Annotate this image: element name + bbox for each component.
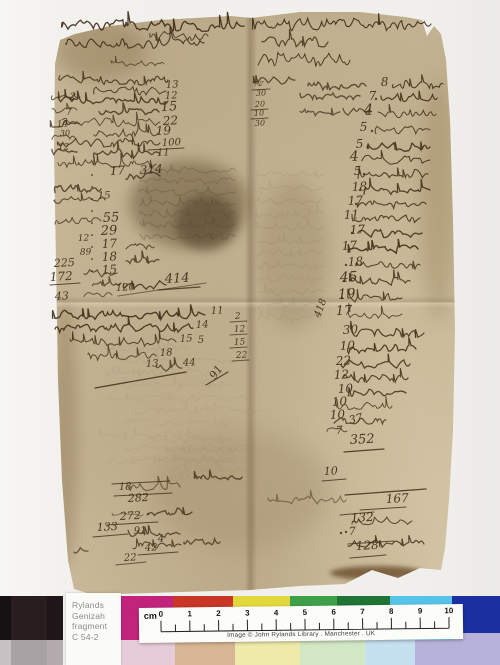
ruler-number: 6: [331, 608, 336, 617]
ruler: cm Image © John Rylands Library . Manche…: [139, 604, 463, 643]
edge-tint-left: [52, 300, 78, 570]
ruler-number: 4: [274, 608, 279, 617]
ruler-number: 0: [159, 610, 164, 619]
ruler-number: 8: [389, 607, 394, 616]
patch-mid-gray: [47, 640, 63, 665]
horizontal-fold-crease: [54, 296, 456, 308]
patch-pale-yellow: [235, 640, 300, 665]
ruler-number: 7: [360, 607, 365, 616]
patch-pale-green: [300, 640, 365, 665]
corner-tint: [55, 20, 145, 80]
label-line: Genizah: [72, 611, 121, 622]
ruler-number: 2: [216, 609, 221, 618]
patch-pale-pink: [120, 640, 175, 665]
patch-tan: [175, 640, 235, 665]
patch-gray: [11, 640, 47, 665]
patch-dark-maroon: [11, 596, 47, 640]
patch-lavender: [415, 640, 452, 665]
ruler-number: 9: [418, 607, 423, 616]
patch-light-gray: [0, 640, 11, 665]
patch-pale-blue: [365, 640, 415, 665]
edge-tint-right: [420, 80, 456, 320]
center-fold-crease: [245, 0, 257, 665]
ruler-number: 3: [245, 609, 250, 618]
label-line: Rylands: [72, 600, 121, 611]
lower-mottle: [150, 430, 330, 550]
ruler-number: 5: [303, 608, 308, 617]
photo-stage: 1312152219100112714301217314155529121789…: [0, 0, 500, 665]
ink-stain-core: [175, 195, 237, 250]
ruler-number: 1: [187, 609, 192, 618]
patch-charcoal-plum: [47, 596, 63, 640]
patch-black: [0, 596, 11, 640]
shelfmark-label: Rylands Genizah fragment C 54-2: [66, 593, 121, 665]
ruler-number: 10: [444, 606, 453, 615]
bottom-streak: [330, 566, 425, 580]
manuscript-fragment: [0, 0, 500, 665]
label-line: C 54-2: [72, 632, 121, 643]
label-line: fragment: [72, 621, 121, 632]
